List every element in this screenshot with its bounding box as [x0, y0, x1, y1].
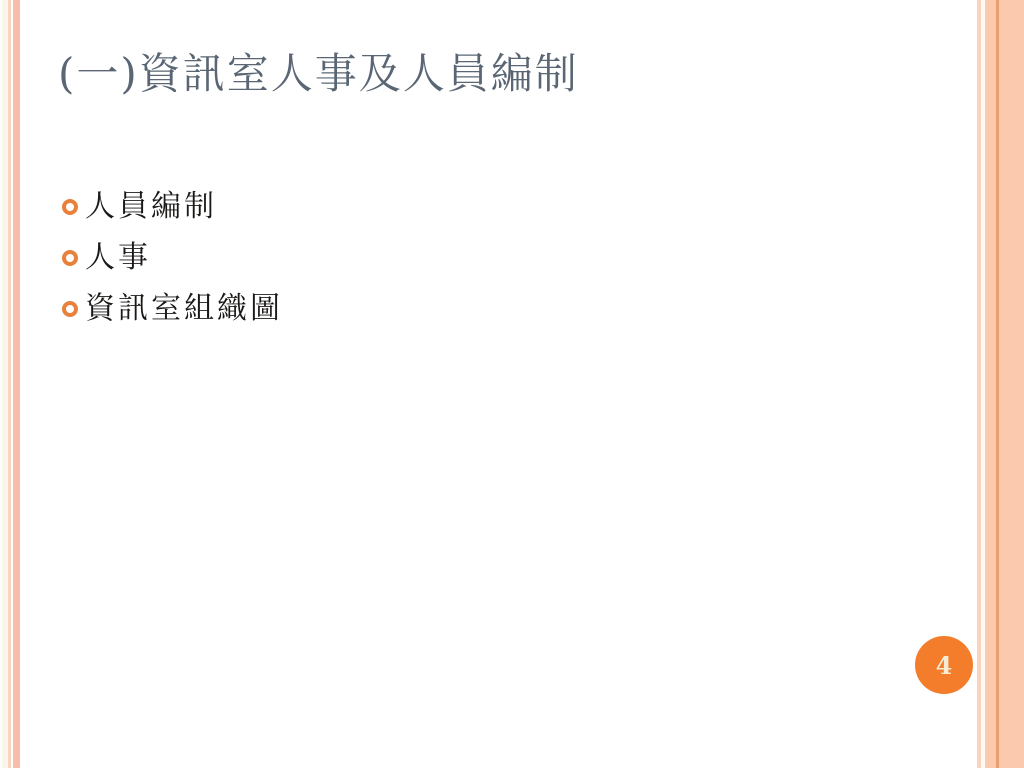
bullet-ring-icon	[62, 301, 78, 317]
bullet-ring-icon	[62, 199, 78, 215]
page-number-badge: 4	[915, 636, 973, 694]
slide: (一)資訊室人事及人員編制 人員編制 人事 資訊室組織圖 4	[0, 0, 1024, 768]
right-stripe-band	[985, 0, 1024, 768]
page-number: 4	[936, 651, 953, 680]
bullet-text: 資訊室組織圖	[85, 292, 283, 326]
list-item: 人員編制	[62, 190, 283, 224]
list-item: 人事	[62, 241, 283, 275]
bullet-ring-icon	[62, 250, 78, 266]
list-item: 資訊室組織圖	[62, 292, 283, 326]
bullet-list: 人員編制 人事 資訊室組織圖	[62, 190, 283, 343]
left-stripe-light-peach	[8, 0, 11, 768]
left-stripe-salmon	[13, 0, 20, 768]
right-stripe-dark-line	[996, 0, 999, 768]
bullet-text: 人員編制	[85, 190, 217, 224]
bullet-text: 人事	[85, 241, 151, 275]
slide-title: (一)資訊室人事及人員編制	[58, 44, 918, 104]
